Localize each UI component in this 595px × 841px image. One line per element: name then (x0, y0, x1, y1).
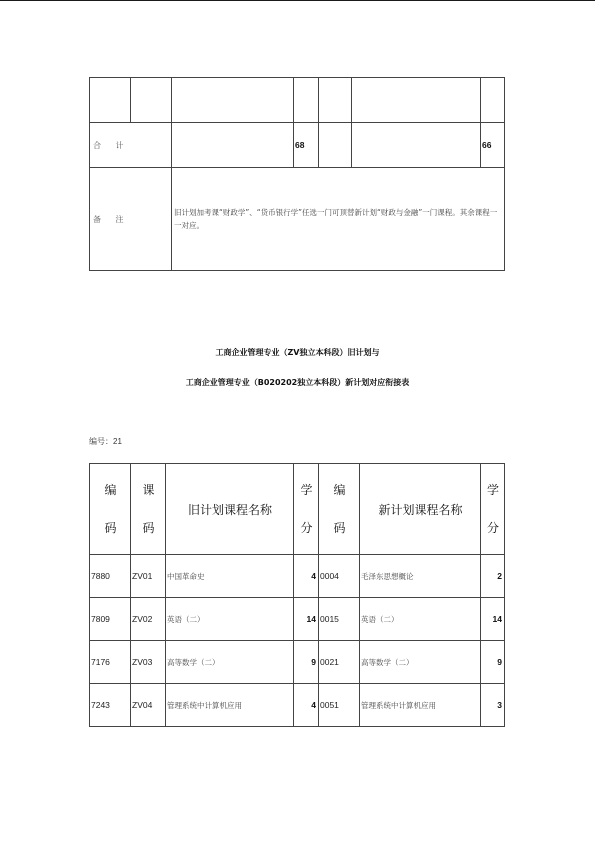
course-code: ZV01 (131, 555, 166, 598)
header-old-code: 编码 (90, 464, 131, 555)
old-credits: 9 (294, 641, 319, 684)
course-code: ZV03 (131, 641, 166, 684)
new-name: 管理系统中计算机应用 (360, 684, 481, 727)
old-credits: 4 (294, 684, 319, 727)
table-row: 7809 ZV02 英语（二） 14 0015 英语（二） 14 (90, 598, 505, 641)
title-line-1: 工商企业管理专业（ZV独立本科段）旧计划与 (0, 347, 595, 358)
old-name: 中国革命史 (166, 555, 294, 598)
empty-row (90, 78, 505, 123)
old-name: 英语（二） (166, 598, 294, 641)
remark-label: 备 注 (90, 168, 172, 271)
new-name: 英语（二） (360, 598, 481, 641)
course-mapping-table: 编码 课码 旧计划课程名称 学分 编码 新计划课程名称 学分 7880 ZV01… (89, 463, 505, 727)
course-code: ZV02 (131, 598, 166, 641)
new-credits: 14 (481, 598, 505, 641)
header-course-code: 课码 (131, 464, 166, 555)
old-code: 7176 (90, 641, 131, 684)
total-row: 合 计 68 66 (90, 123, 505, 168)
header-new-credits: 学分 (481, 464, 505, 555)
header-new-name: 新计划课程名称 (360, 464, 481, 555)
new-total-credits: 66 (481, 123, 505, 168)
header-old-name: 旧计划课程名称 (166, 464, 294, 555)
table-row: 7243 ZV04 管理系统中计算机应用 4 0051 管理系统中计算机应用 3 (90, 684, 505, 727)
course-code: ZV04 (131, 684, 166, 727)
old-total-credits: 68 (294, 123, 319, 168)
page-top-border (0, 0, 595, 1)
new-code: 0021 (319, 641, 360, 684)
new-code: 0004 (319, 555, 360, 598)
old-name: 高等数学（二） (166, 641, 294, 684)
total-label: 合 计 (90, 123, 172, 168)
header-old-credits: 学分 (294, 464, 319, 555)
new-code: 0015 (319, 598, 360, 641)
table-row: 7176 ZV03 高等数学（二） 9 0021 高等数学（二） 9 (90, 641, 505, 684)
document-number: 编号：21 (89, 436, 122, 447)
title-line-2: 工商企业管理专业（B020202独立本科段）新计划对应衔接表 (0, 377, 595, 388)
old-code: 7880 (90, 555, 131, 598)
remark-row: 备 注 旧计划加考课“财政学”、“货币银行学”任选一门可顶替新计划“财政与金融”… (90, 168, 505, 271)
old-credits: 4 (294, 555, 319, 598)
old-credits: 14 (294, 598, 319, 641)
old-name: 管理系统中计算机应用 (166, 684, 294, 727)
old-code: 7243 (90, 684, 131, 727)
new-credits: 3 (481, 684, 505, 727)
new-name: 高等数学（二） (360, 641, 481, 684)
table-row: 7880 ZV01 中国革命史 4 0004 毛泽东思想概论 2 (90, 555, 505, 598)
header-row: 编码 课码 旧计划课程名称 学分 编码 新计划课程名称 学分 (90, 464, 505, 555)
header-new-code: 编码 (319, 464, 360, 555)
new-name: 毛泽东思想概论 (360, 555, 481, 598)
new-credits: 2 (481, 555, 505, 598)
remark-text: 旧计划加考课“财政学”、“货币银行学”任选一门可顶替新计划“财政与金融”一门课程… (172, 168, 505, 271)
new-code: 0051 (319, 684, 360, 727)
old-code: 7809 (90, 598, 131, 641)
previous-table-continuation: 合 计 68 66 备 注 旧计划加考课“财政学”、“货币银行学”任选一门可顶替… (89, 77, 505, 271)
new-credits: 9 (481, 641, 505, 684)
